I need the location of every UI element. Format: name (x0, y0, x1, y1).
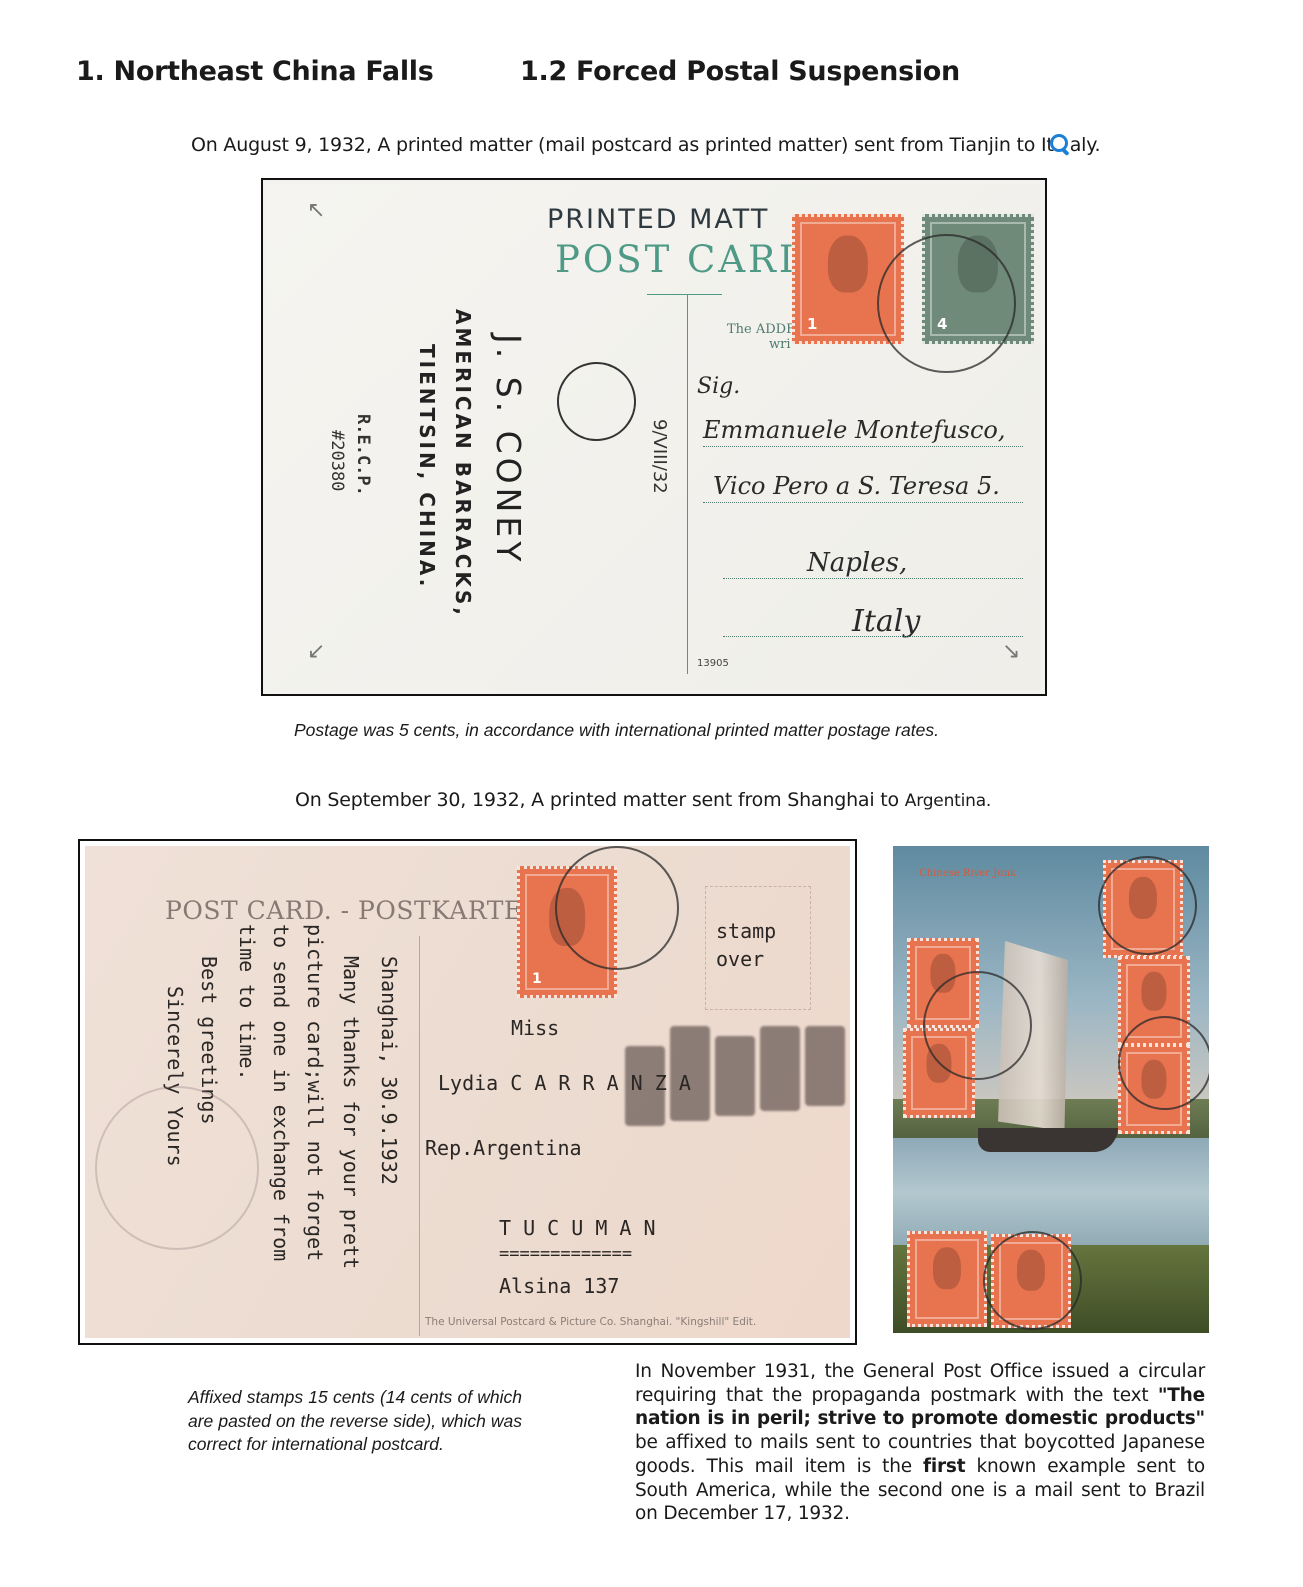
sender-reference: R.E.C.P. (353, 414, 373, 496)
item1-intro-end-b: aly. (1070, 134, 1101, 156)
postmark-shanghai (923, 971, 1032, 1080)
address-line (723, 636, 1023, 637)
stamp (907, 1231, 987, 1327)
address-note-line2: wri (727, 337, 795, 352)
caption-bold-first: first (923, 1456, 965, 1477)
postmark-shanghai (1118, 1016, 1209, 1110)
card-number: 13905 (697, 658, 729, 669)
picture-card-title: Chinese River Junk (919, 868, 1016, 879)
recipient-name: Lydia C A R R A N Z A (438, 1071, 691, 1095)
divider (687, 294, 688, 674)
recipient-prefix: Miss (511, 1016, 559, 1040)
message-line: picture card;will not forget (303, 924, 327, 1261)
item2-intro-text: On September 30, 1932, A printed matter … (295, 789, 905, 811)
postcard-shanghai-to-argentina: POST CARD. - POSTKARTE. - CA Shanghai, 3… (78, 839, 857, 1345)
divider (419, 936, 420, 1336)
postmark-shanghai (983, 1231, 1082, 1330)
recipient-city: T U C U M A N (499, 1216, 656, 1240)
corner-mark-icon: ↖ (307, 198, 325, 223)
sender-name: J. S. CONEY (489, 334, 528, 565)
address-line (703, 502, 1023, 503)
subsection-title: 1.2 Forced Postal Suspension (520, 56, 960, 87)
recipient-country: Italy (852, 604, 920, 639)
postmark (555, 846, 679, 970)
sender-address-line: AMERICAN BARRACKS, (451, 309, 475, 618)
caption-text: In November 1931, the General Post Offic… (635, 1361, 1205, 1406)
recipient-city: Naples, (807, 548, 907, 578)
sender-number: #20380 (327, 430, 347, 491)
stamp-box-line1: stamp (716, 919, 776, 943)
postmark (877, 234, 1016, 373)
recipient-prefix: Sig. (697, 374, 740, 399)
postmark-faded (95, 1086, 259, 1250)
message-line: Many thanks for your prett (339, 956, 363, 1269)
stamp-box: stamp over (705, 886, 811, 1010)
section-title: 1. Northeast China Falls (76, 56, 434, 87)
item2-intro: On September 30, 1932, A printed matter … (295, 789, 991, 811)
postmark-shanghai (1098, 856, 1197, 955)
item1-intro-text: On August 9, 1932, A printed matter (mai… (191, 134, 1041, 156)
postcard-tianjin-to-italy: ↖ ↙ ↘ PRINTED MATT POST CARI The ADDF wr… (261, 178, 1047, 696)
sender-city: TIENTSIN, CHINA. (415, 344, 439, 589)
message-line: Shanghai, 30.9.1932 (377, 956, 401, 1185)
item2-intro-country: Argentina. (905, 791, 991, 811)
divider (647, 294, 722, 295)
search-icon[interactable] (1048, 133, 1070, 155)
address-line (723, 578, 1023, 579)
corner-mark-icon: ↘ (1002, 639, 1020, 664)
junk-boat (978, 1128, 1118, 1152)
message-line: to send one in exchange from (269, 924, 293, 1261)
picture-card-river-junk: Chinese River Junk (893, 846, 1209, 1333)
postcard-header-printed-matter: PRINTED MATT (547, 204, 769, 235)
recipient-country: Rep.Argentina (425, 1136, 582, 1160)
item1-caption: Postage was 5 cents, in accordance with … (294, 720, 939, 741)
item2-caption-right: In November 1931, the General Post Offic… (635, 1360, 1205, 1526)
publisher-imprint: The Universal Postcard & Picture Co. Sha… (425, 1316, 756, 1328)
recipient-name: Emmanuele Montefusco, (703, 416, 1005, 444)
handwritten-circle-mark (551, 356, 643, 448)
corner-mark-icon: ↙ (307, 639, 325, 664)
separator: ============= (499, 1244, 632, 1264)
date-mark: 9/VIII/32 (649, 419, 670, 494)
stamp-box-line2: over (716, 947, 764, 971)
recipient-street: Vico Pero a S. Teresa 5. (713, 472, 1000, 500)
postcard-header-post-card: POST CARI (555, 238, 797, 281)
message-line: time to time. (235, 924, 259, 1081)
address-line (703, 446, 1023, 447)
address-note-line1: The ADDF (727, 322, 795, 337)
recipient-street: Alsina 137 (499, 1274, 619, 1298)
address-note: The ADDF wri (727, 322, 795, 352)
item2-caption-left: Affixed stamps 15 cents (14 cents of whi… (188, 1386, 522, 1457)
item1-intro: On August 9, 1932, A printed matter (mai… (191, 133, 1100, 156)
